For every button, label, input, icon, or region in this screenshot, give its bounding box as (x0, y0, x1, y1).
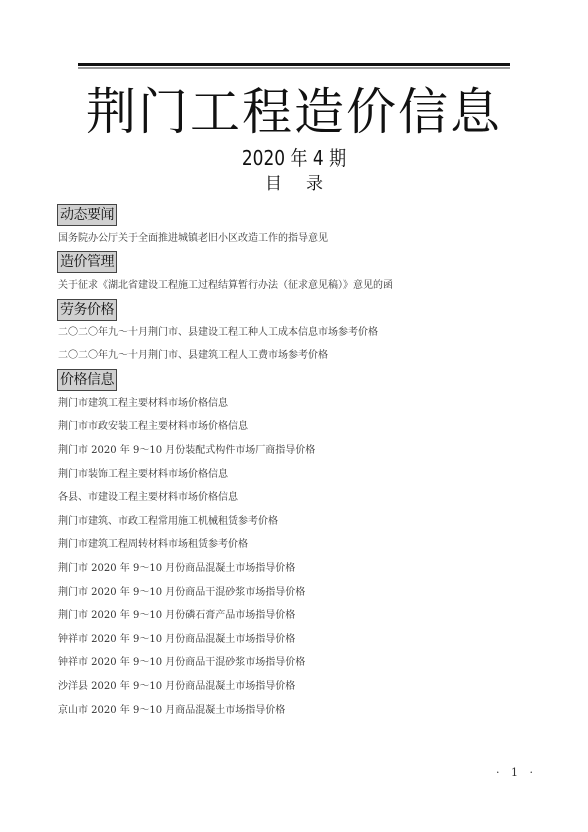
toc-entry[interactable]: 荆门市建筑工程周转材料市场租赁参考价格 (58, 538, 248, 552)
toc-entry[interactable]: 荆门市 2020 年 9～10 月份商品干混砂浆市场指导价格 (58, 586, 305, 600)
toc-entry[interactable]: 国务院办公厅关于全面推进城镇老旧小区改造工作的指导意见 (58, 232, 328, 246)
section-heading-labor-price: 劳务价格 (57, 299, 117, 321)
toc-entry[interactable]: 荆门市 2020 年 9～10 月份装配式构件市场厂商指导价格 (58, 444, 315, 458)
toc-label-char-1: 目 (265, 174, 282, 194)
toc-entry[interactable]: 荆门市 2020 年 9～10 月份磷石膏产品市场指导价格 (58, 609, 295, 623)
toc-entry[interactable]: 各县、市建设工程主要材料市场价格信息 (58, 491, 238, 505)
toc-entry[interactable]: 荆门市 2020 年 9～10 月份商品混凝土市场指导价格 (58, 562, 295, 576)
section-heading-cost-management: 造价管理 (57, 251, 117, 273)
toc-entry[interactable]: 荆门市市政安装工程主要材料市场价格信息 (58, 420, 248, 434)
toc-entry[interactable]: 荆门市建筑工程主要材料市场价格信息 (58, 397, 228, 411)
section-heading-news: 动态要闻 (57, 204, 117, 226)
toc-entry[interactable]: 二〇二〇年九～十月荆门市、县建筑工程人工费市场参考价格 (58, 349, 328, 363)
issue-number: 2020 年 4 期 (44, 145, 544, 171)
toc-entry[interactable]: 二〇二〇年九～十月荆门市、县建设工程工种人工成本信息市场参考价格 (58, 326, 378, 340)
page-number: · 1 · (496, 766, 537, 779)
publication-title: 荆门工程造价信息 (0, 82, 588, 142)
toc-entry[interactable]: 关于征求《湖北省建设工程施工过程结算暂行办法（征求意见稿）》意见的函 (58, 279, 393, 293)
toc-entry[interactable]: 京山市 2020 年 9～10 月商品混凝土市场指导价格 (58, 704, 285, 718)
toc-entry[interactable]: 荆门市建筑、市政工程常用施工机械租赁参考价格 (58, 515, 278, 529)
toc-label-char-2: 录 (306, 174, 323, 194)
toc-entry[interactable]: 沙洋县 2020 年 9～10 月份商品混凝土市场指导价格 (58, 680, 295, 694)
header-double-rule (78, 63, 510, 69)
toc-entry[interactable]: 钟祥市 2020 年 9～10 月份商品混凝土市场指导价格 (58, 633, 295, 647)
toc-entry[interactable]: 荆门市装饰工程主要材料市场价格信息 (58, 468, 228, 482)
rule-thin-line (78, 67, 510, 69)
toc-entry[interactable]: 钟祥市 2020 年 9～10 月份商品干混砂浆市场指导价格 (58, 656, 305, 670)
table-of-contents-label: 目录 (0, 172, 588, 196)
section-heading-price-info: 价格信息 (57, 369, 117, 391)
